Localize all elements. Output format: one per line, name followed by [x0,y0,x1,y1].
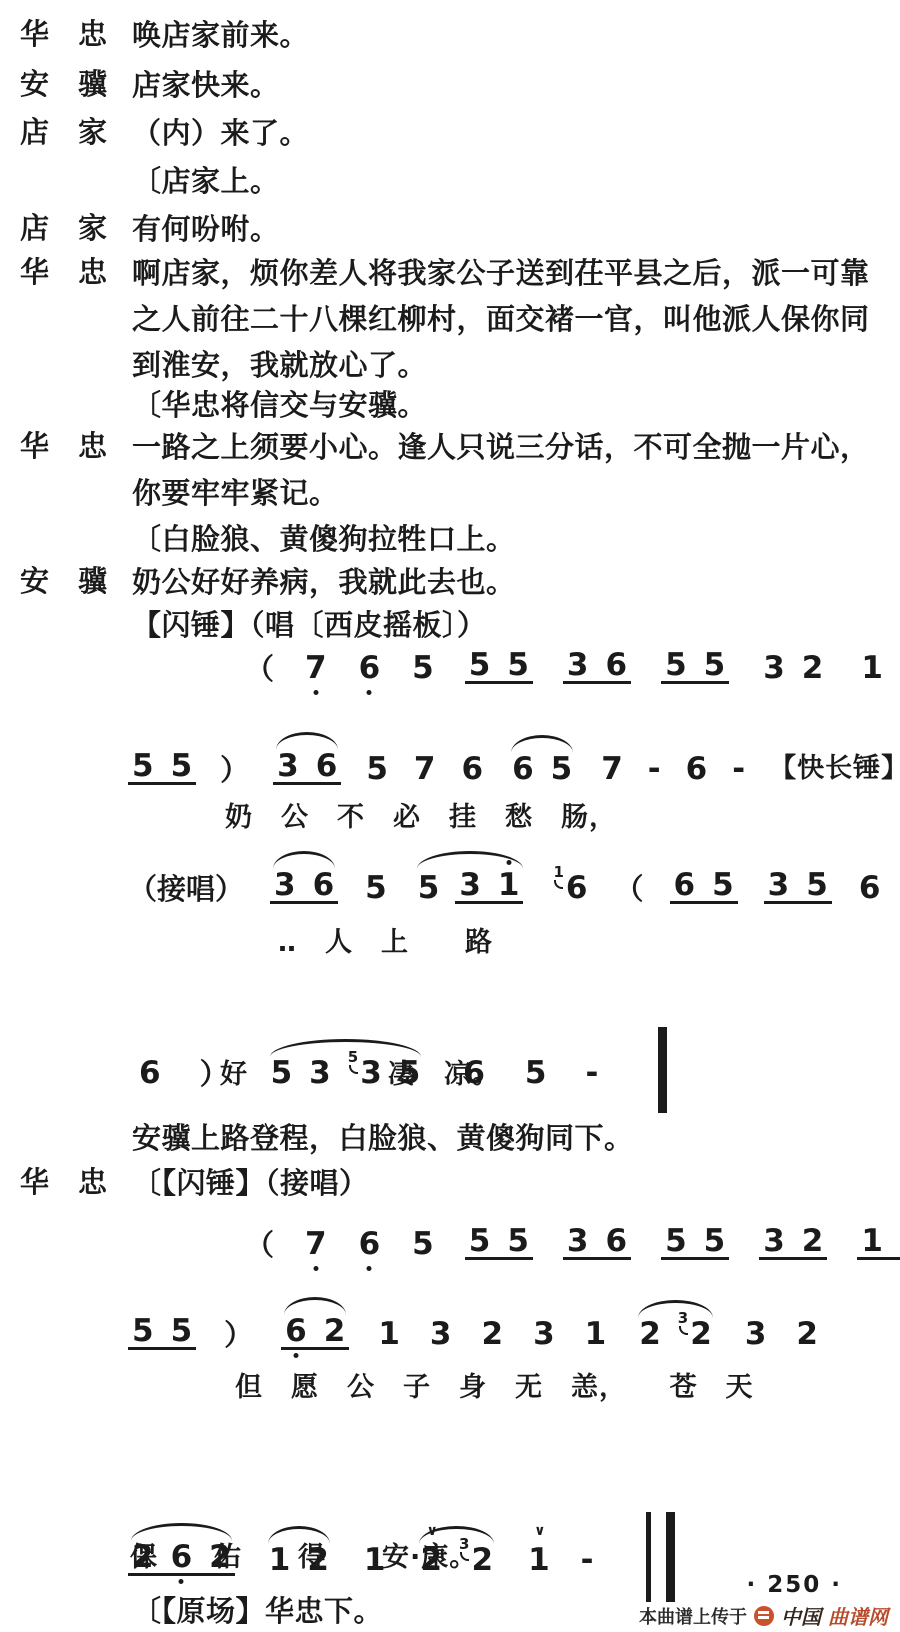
beamed-note-group: 36 [563,1226,631,1260]
note-digit: 5 [525,1058,547,1089]
jianpu-note: 1 [860,653,884,684]
beamed-note-group: 55 [128,751,196,785]
note-digit: 5 [712,870,734,901]
music-line: （765553655321265 [245,650,900,684]
jianpu-note: 5 [703,1226,727,1257]
jianpu-note: 3 [532,1319,556,1350]
note-digit: 6 [674,870,696,901]
jianpu-note: 5 [131,751,155,782]
jianpu-note: 6 [138,1058,162,1089]
jianpu-note: 1∨ [527,1545,551,1576]
note-digit: 3 [533,1319,555,1350]
stage-direction-row: 安骥上路登程，白脸狼、黄傻狗同下。 [20,1115,880,1161]
jianpu-note: 5 [364,873,388,904]
jianpu-note: 2 [801,1226,825,1257]
jianpu-note: 5 [506,650,530,681]
jianpu-note: 1 [584,1319,608,1350]
jianpu-note: 7 [413,754,437,785]
note-digit: 6 [512,754,534,785]
note-digit: 5 [665,650,687,681]
jianpu-note: 5 [468,650,492,681]
site-name-dark: 中国 [781,1601,821,1630]
note-digit: 2 [324,1316,346,1347]
role-label: 店 家 [20,110,132,154]
jianpu-note: 6 [604,1226,628,1257]
jianpu-note: 2 [795,1319,819,1350]
note-digit: 1 [378,1319,400,1350]
note-digit: 7 [601,754,623,785]
upload-note: 本曲谱上传于 [639,1603,747,1629]
beamed-note-group: 12 [857,1226,900,1260]
notation-paren: （ [245,1230,274,1260]
note-digit: 3 [768,870,790,901]
jianpu-note: 6 [858,873,882,904]
role-label: 华 忠 [20,12,132,56]
jianpu-note: 5 [550,754,574,785]
note-digit: 3 [763,653,785,684]
gong-pattern-label: 【闪锤】（唱〔西皮摇板〕） [132,602,880,648]
jianpu-note: 2 [323,1316,347,1347]
high-octave-dot [506,860,511,865]
slur-note-group: 62 [281,1316,349,1350]
notation-paren: （ [615,874,644,904]
music-line: （765553655321265 [245,1226,900,1260]
beamed-note-group: 55 [128,1316,196,1350]
dialogue-text: 奶公好好养病，我就此去也。 [132,559,880,605]
notation-paren: （接唱） [128,874,244,904]
jianpu-note: 6 [312,870,336,901]
jianpu-note: 5 [170,1316,194,1347]
dialogue-text: 啊店家，烦你差人将我家公子送到茌平县之后，派一可靠之人前往二十八棵红柳村，面交褚… [132,250,880,388]
jianpu-note: 6 [315,751,339,782]
dialogue-row: 安 骥 店家快来。 [20,62,880,108]
beamed-note-group: 31 [455,870,523,904]
low-octave-dot [367,1266,372,1271]
jianpu-note: 5 [131,1316,155,1347]
duration-dash: - [586,1058,599,1089]
jianpu-note: 6 [511,754,535,785]
jianpu-note: 6 [358,1229,382,1260]
slur-note-group: 232 [635,1319,716,1350]
note-digit: 6 [605,1226,627,1257]
note-digit: 1 [498,870,520,901]
jianpu-note: 7 [304,653,328,684]
jianpu-note: 1 [860,1226,884,1257]
jianpu-note: 3 [767,870,791,901]
jianpu-note: 5 [524,1058,548,1089]
stage-direction-text: 安骥上路登程，白脸狼、黄傻狗同下。 [132,1115,880,1161]
note-digit: 5 [412,653,434,684]
note-digit: 3 [763,1226,785,1257]
beamed-note-group: 35 [764,870,832,904]
duration-dash: - [732,754,745,785]
lyric-line: ‥ 人 上 路 [278,920,493,959]
note-digit: 5 [365,873,387,904]
slur-note-group: 65 [508,754,576,785]
jianpu-note: 3 [458,870,482,901]
dialogue-text: （内）来了。 [132,110,880,156]
dialogue-row: 安 骥 奶公好好养病，我就此去也。 [20,559,880,605]
gong-pattern-label: 【快长锤】 [769,746,900,785]
jianpu-note: 2 [480,1319,504,1350]
beamed-note-group: 65 [670,870,738,904]
jianpu-note: 3 [566,650,590,681]
notation-paren: ） [220,755,249,785]
note-digit: 5 [132,751,154,782]
role-label: 华 忠 [20,250,132,294]
beamed-note-group: 32 [759,1226,827,1260]
dialogue-text: 一路之上须要小心。逢人只说三分话，不可全抛一片心，你要牢牢紧记。 [132,424,880,516]
beamed-note-group: 55 [465,1226,533,1260]
note-digit: 2 [639,1319,661,1350]
jianpu-note: 5 [411,1229,435,1260]
note-digit: 5 [704,650,726,681]
role-label: 安 骥 [20,559,132,603]
lyric-line: 保 佑 得 安·康。 [130,1535,477,1574]
note-digit: 5 [806,870,828,901]
note-digit: 3 [277,751,299,782]
dialogue-row: 华 忠 一路之上须要小心。逢人只说三分话，不可全抛一片心，你要牢牢紧记。 [20,424,880,516]
grace-note: 1 [553,865,563,889]
page-number: · 250 · [747,1572,843,1598]
note-digit: 5 [507,650,529,681]
note-digit: 5 [171,1316,193,1347]
jianpu-note: 2 [801,653,825,684]
note-digit: 6 [316,751,338,782]
jianpu-note: 6 [460,754,484,785]
note-digit: 6 [359,1229,381,1260]
note-digit: 5 [469,1226,491,1257]
beamed-note-group: 36 [563,650,631,684]
note-digit: 1 [585,1319,607,1350]
stage-direction-row: 〔白脸狼、黄傻狗拉牲口上。 [20,516,880,562]
music-line: 55）36576657-6-【快长锤】 [128,746,900,785]
jianpu-note: 3 [762,653,786,684]
note-digit: 6 [285,1316,307,1347]
note-digit: 3 [745,1319,767,1350]
jianpu-note: 6 [673,870,697,901]
stage-direction-row: 〔店家上。 [20,158,880,204]
jianpu-note: 1 [497,870,521,901]
role-label: 店 家 [20,206,132,250]
footer-credit: 本曲谱上传于 中国 曲谱网 [639,1601,888,1630]
note-digit: 6 [605,650,627,681]
low-octave-dot [179,1579,184,1584]
gong-pattern-label-row: 【闪锤】（唱〔西皮摇板〕） [20,602,880,648]
music-line: 55）621323123232 [128,1316,819,1350]
stage-direction-text: 〔华忠将信交与安骥。 [132,382,880,428]
stage-direction-text: 〔白脸狼、黄傻狗拉牲口上。 [132,516,880,562]
jianpu-note: 5 [411,653,435,684]
jianpu-note: 6 [685,754,709,785]
dialogue-row: 华 忠 啊店家，烦你差人将我家公子送到茌平县之后，派一可靠之人前往二十八棵红柳村… [20,250,880,388]
grace-note: 3 [678,1311,688,1335]
beamed-note-group: 55 [661,650,729,684]
note-digit: 6 [139,1058,161,1089]
jianpu-note: 3 [429,1319,453,1350]
role-label: 华 忠 [20,424,132,468]
jianpu-note: 5 [506,1226,530,1257]
note-digit: 2 [690,1319,712,1350]
slur-note-group: 36 [273,751,341,785]
jianpu-note: 5 [664,1226,688,1257]
note-digit: 3 [430,1319,452,1350]
jianpu-note: 16 [552,873,588,904]
note-digit: 3 [459,870,481,901]
note-digit: 6 [313,870,335,901]
jianpu-note: 6 [604,650,628,681]
beamed-note-group: 32 [759,653,827,684]
low-octave-dot [313,1266,318,1271]
slur-note-group: 36 [270,870,338,904]
dialogue-text: 有何吩咐。 [132,206,880,252]
dialogue-row: 店 家 （内）来了。 [20,110,880,156]
jianpu-note: 5 [664,650,688,681]
beamed-note-group: 55 [661,1226,729,1260]
note-digit: 6 [686,754,708,785]
jianpu-note: 3 [744,1319,768,1350]
jianpu-note: 3 [566,1226,590,1257]
beamed-note-group: 12 [857,653,900,684]
jianpu-note: 3 [276,751,300,782]
barline [658,1027,667,1113]
low-octave-dot [367,690,372,695]
note-digit: 5 [665,1226,687,1257]
jianpu-note: 7 [600,754,624,785]
note-digit: 3 [567,1226,589,1257]
note-digit: 7 [305,653,327,684]
note-digit: 1 [528,1545,550,1576]
score-page: 华 忠 唤店家前来。 安 骥 店家快来。 店 家 （内）来了。 〔店家上。 店 … [0,0,900,1632]
note-digit: 2 [796,1319,818,1350]
stage-direction-row: 〔华忠将信交与安骥。 [20,382,880,428]
note-digit: 5 [507,1226,529,1257]
slur-note-group: 531 [414,870,527,904]
note-digit: 5 [132,1316,154,1347]
gong-pattern-label: 〔【闪锤】（接唱） [132,1160,880,1206]
lyric-line: 好 凄 凉。 [220,1052,500,1091]
beamed-note-group: 55 [465,650,533,684]
barline [646,1512,675,1602]
dialogue-row: 店 家 有何吩咐。 [20,206,880,252]
note-digit: 6 [359,653,381,684]
note-digit: 3 [567,650,589,681]
role-label: 华 忠 [20,1160,132,1204]
jianpu-note: 7 [304,1229,328,1260]
jianpu-note: 3 [762,1226,786,1257]
site-name-red: 曲谱网 [828,1601,888,1630]
note-digit: 2 [802,653,824,684]
notation-paren: ） [224,1320,253,1350]
lyric-line: 但 愿 公 子 身 无 恙， 苍 天 [235,1365,754,1404]
note-digit: 2 [481,1319,503,1350]
note-digit: 2 [802,1226,824,1257]
jianpu-note: 32 [677,1319,713,1350]
jianpu-note: 5 [417,873,441,904]
duration-dash: - [648,754,661,785]
note-digit: 6 [859,873,881,904]
dialogue-row: 华 忠 〔【闪锤】（接唱） [20,1160,880,1206]
note-digit: 1 [861,1226,883,1257]
note-digit: 5 [171,751,193,782]
jianpu-note: 5 [703,650,727,681]
site-logo-icon [754,1606,774,1626]
note-digit: 5 [469,650,491,681]
note-digit: 5 [704,1226,726,1257]
jianpu-note: 1 [377,1319,401,1350]
notation-paren: （ [245,654,274,684]
stage-direction-text: 〔店家上。 [132,158,880,204]
lyric-line: 奶 公 不 必 挂 愁 肠， [225,795,617,834]
dialogue-text: 店家快来。 [132,62,880,108]
jianpu-note: 6 [284,1316,308,1347]
note-digit: 6 [461,754,483,785]
low-octave-dot [293,1353,298,1358]
music-line: （接唱）36553116（65356 [128,870,881,904]
jianpu-note: 5 [468,1226,492,1257]
breath-mark: ∨ [534,1524,545,1538]
note-digit: 5 [418,873,440,904]
note-digit: 6 [566,873,588,904]
note-digit: 3 [274,870,296,901]
note-digit: 7 [305,1229,327,1260]
jianpu-note: 2 [638,1319,662,1350]
note-digit: 7 [414,754,436,785]
jianpu-note: 5 [711,870,735,901]
jianpu-note: 3 [273,870,297,901]
duration-dash: - [581,1545,594,1576]
dialogue-row: 华 忠 唤店家前来。 [20,12,880,58]
note-digit: 1 [861,653,883,684]
jianpu-note: 5 [170,751,194,782]
dialogue-text: 唤店家前来。 [132,12,880,58]
note-digit: 5 [412,1229,434,1260]
role-label: 安 骥 [20,62,132,106]
note-digit: 5 [551,754,573,785]
low-octave-dot [313,690,318,695]
note-digit: 5 [366,754,388,785]
jianpu-note: 5 [365,754,389,785]
jianpu-note: 5 [805,870,829,901]
jianpu-note: 6 [358,653,382,684]
